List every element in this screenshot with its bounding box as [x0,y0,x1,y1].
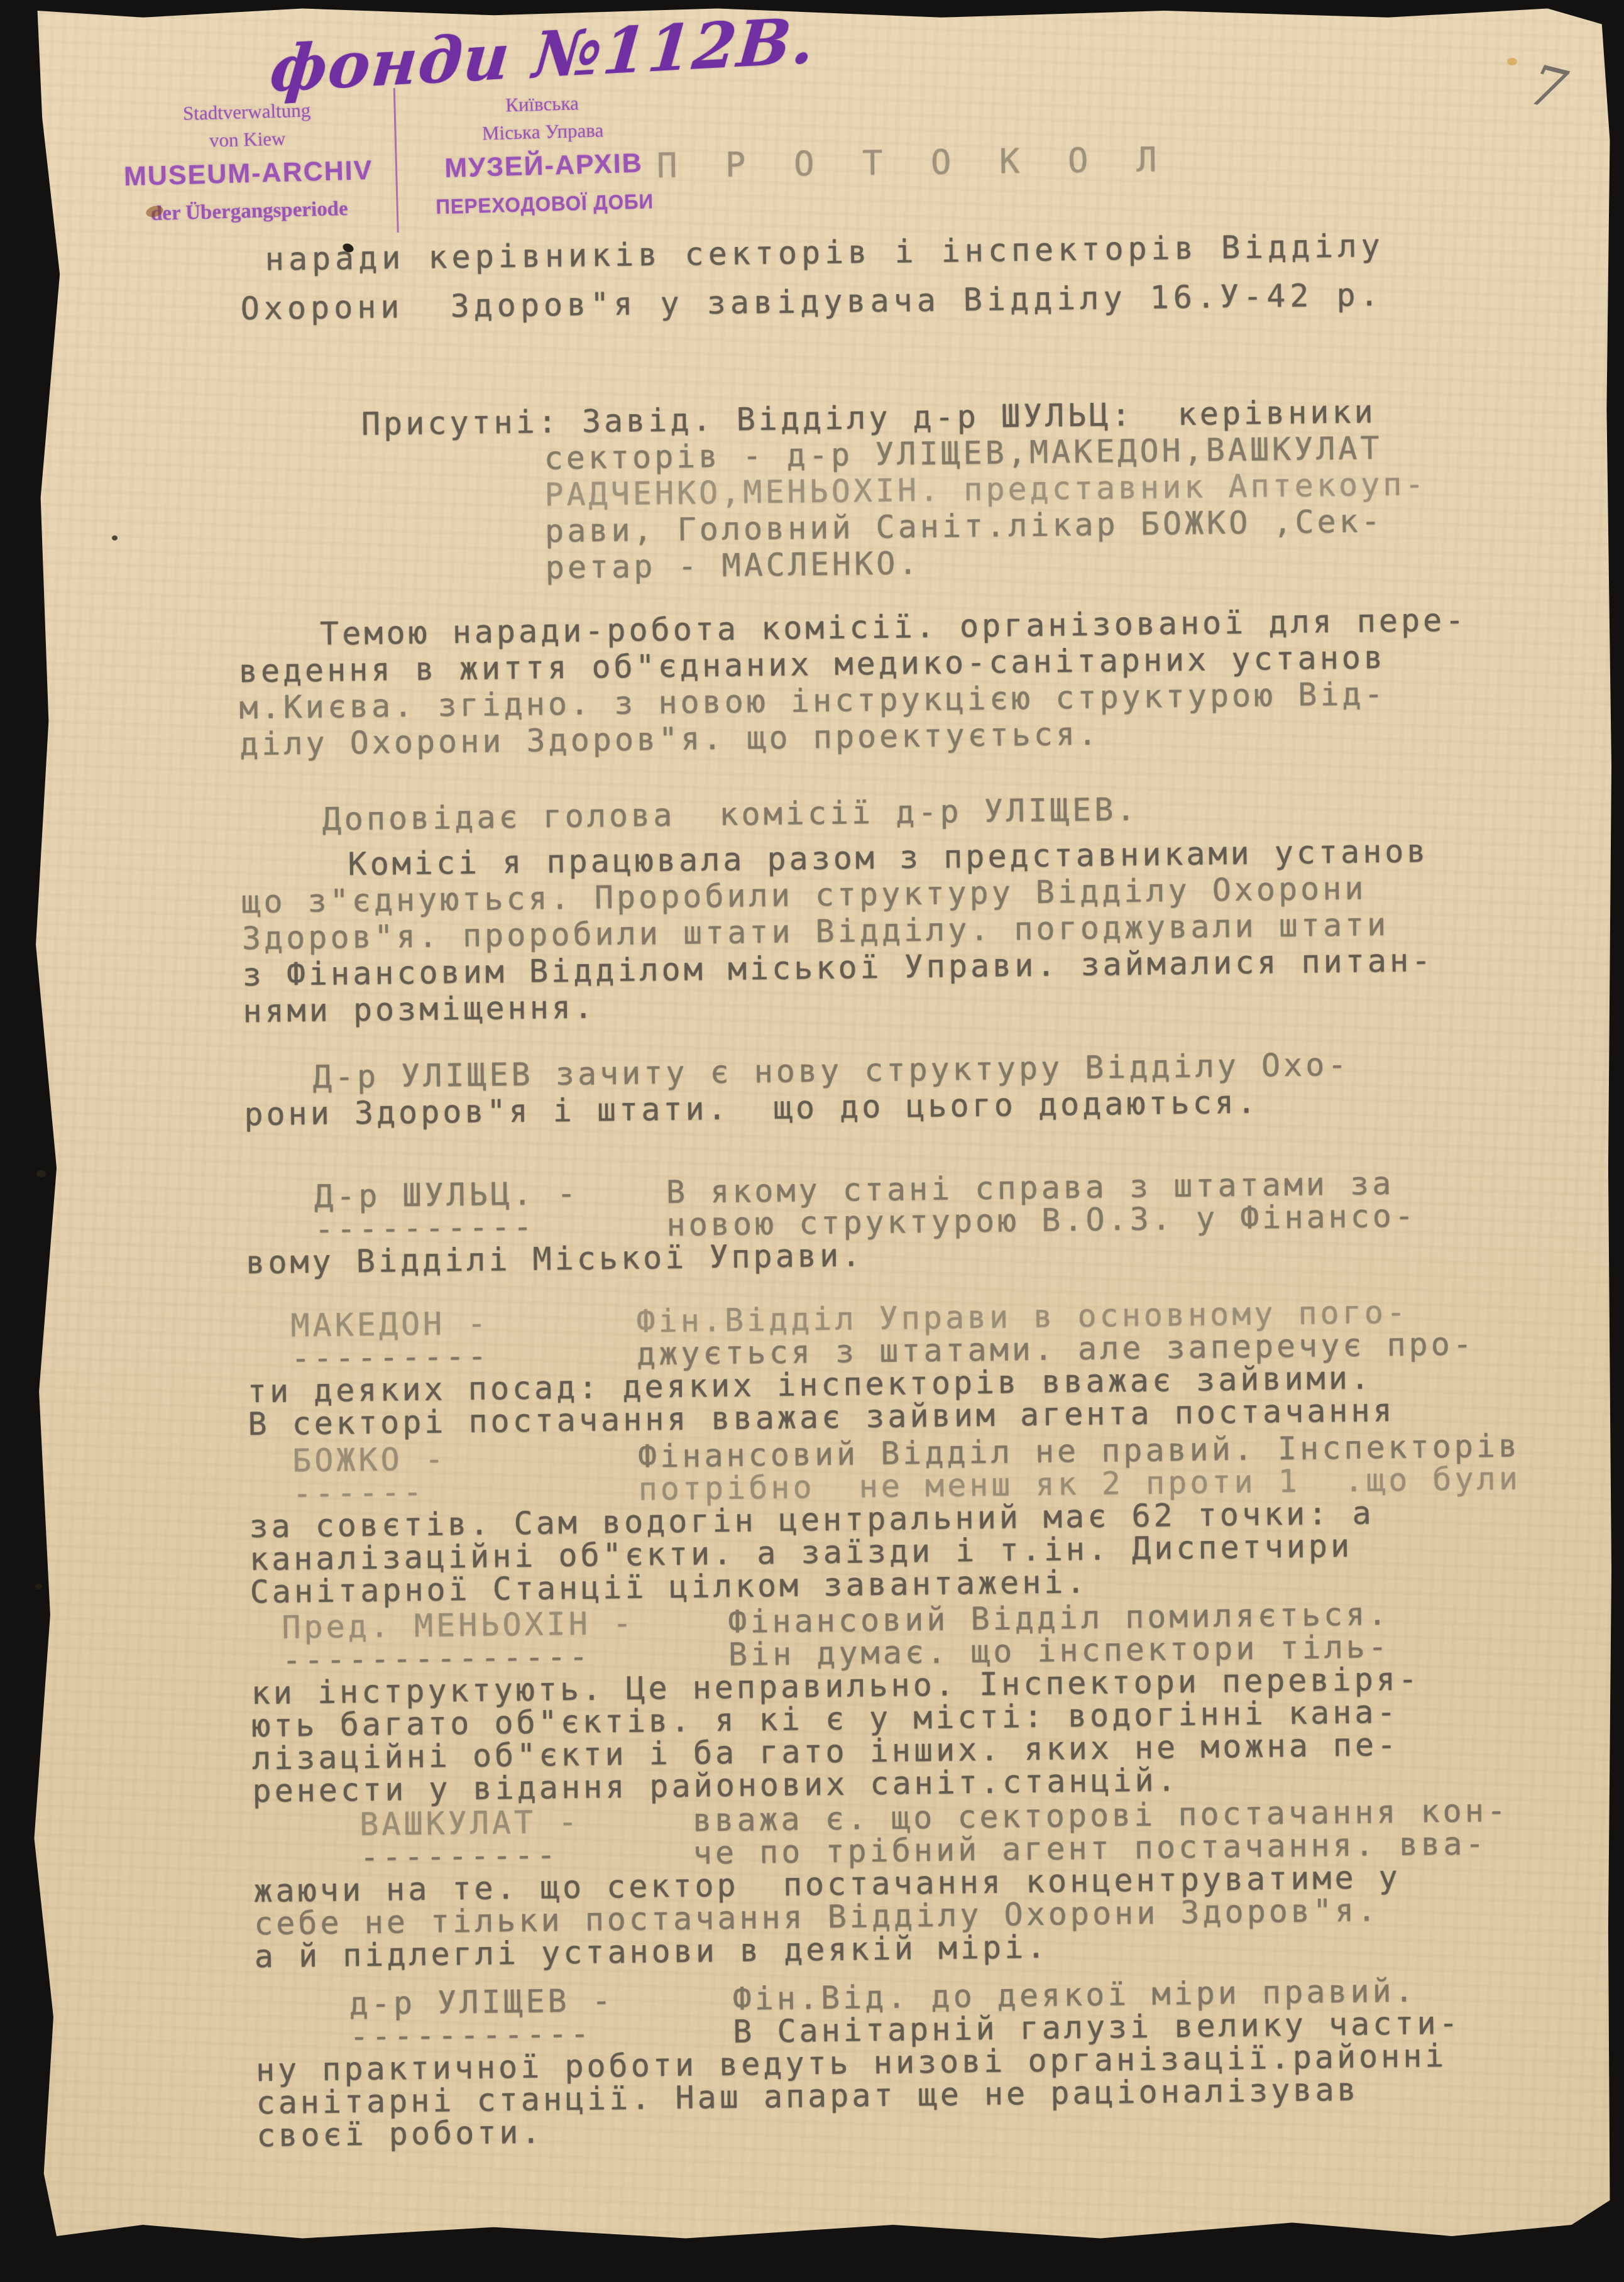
ink-speck [36,1170,46,1177]
commission-line: нями розміщення. [243,991,596,1027]
speaker-name: БОЖКО - [292,1443,447,1476]
present-line: рави, Головний Саніт.лікар БОЖКО ,Сек- [545,505,1383,547]
ink-speck [35,1584,42,1589]
speaker-text: а й підлеглі установи в деякій мірі. [255,1931,1049,1972]
speaker-name: МАКЕДОН - [290,1307,490,1341]
typed-content: П Р О Т О К О Л наради керівників сектор… [0,0,1624,2282]
speaker-underline: ----------- [349,2017,593,2052]
doc-title: П Р О Т О К О Л [657,143,1171,183]
speaker-underline: --------- [360,1839,559,1873]
speaker-underline: ---------- [314,1210,535,1244]
present-line: ретар - МАСЛЕНКО. [546,547,921,583]
speaker-name: ВАШКУЛАТ - [359,1806,581,1840]
theme-line: ділу Охорони Здоров"я. що проектується. [239,718,1100,760]
speaker-text: своєї роботи. [256,2116,544,2151]
speaker-name: Д-р ШУЛЬЦ. - [314,1178,579,1212]
speaker-name: д-р УЛІЩЕВ - [349,1985,614,2019]
speaker-underline: -------------- [282,1640,591,1676]
speaker-text: вому Відділі Міської Управи. [246,1239,864,1278]
speaker-text: новою структурою В.О.З. у Фінансо- [666,1200,1417,1241]
speaker-underline: --------- [291,1340,490,1374]
speaker-underline: ------ [293,1476,425,1510]
paper-stain [1507,58,1517,65]
doc-subtitle-line: наради керівників секторів і інспекторів… [265,230,1385,275]
doc-subtitle-line: Охорони Здоров"я у завідувача Відділу 16… [240,279,1383,324]
reporter-line: Доповідає голова комісії д-р УЛІЩЕВ. [322,794,1138,835]
ink-speck [112,535,118,540]
